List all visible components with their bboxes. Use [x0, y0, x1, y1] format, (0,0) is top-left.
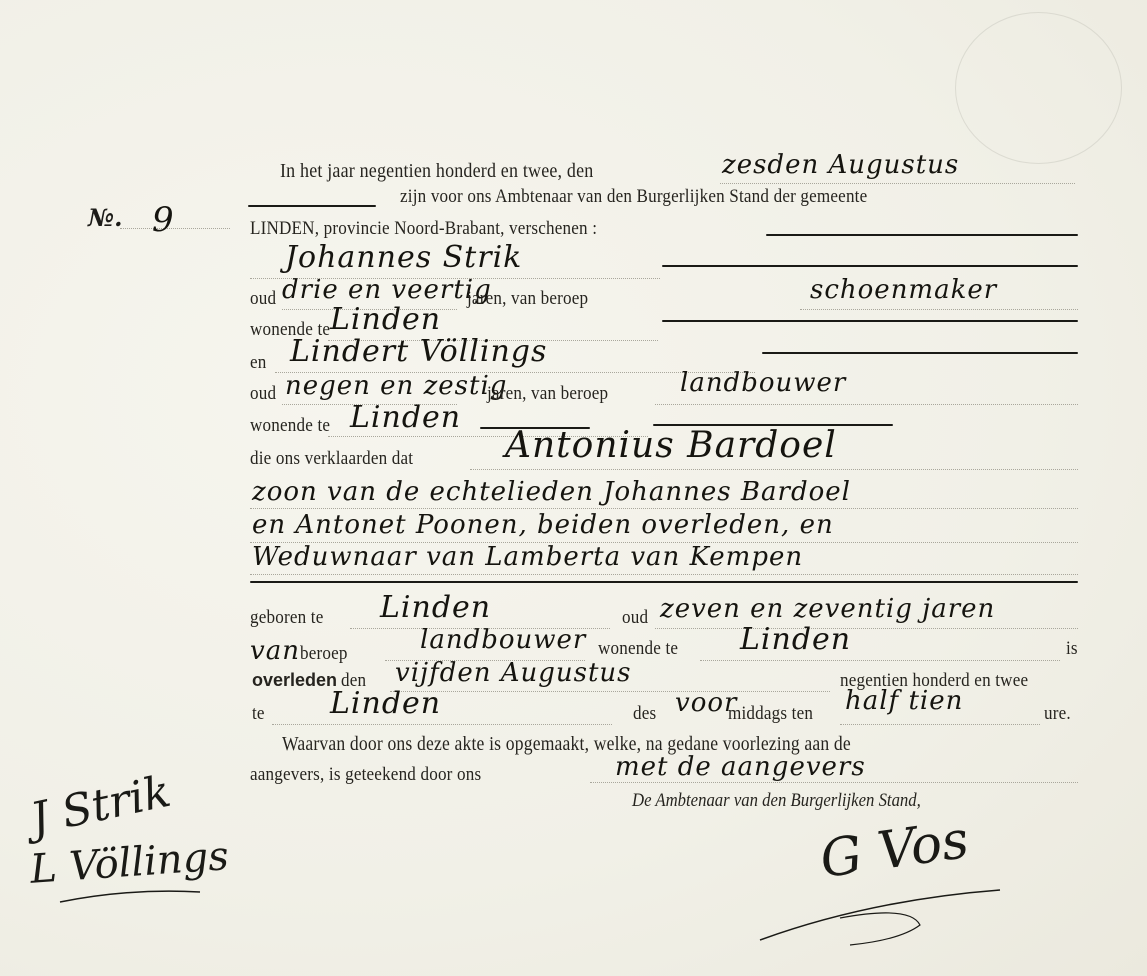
declarant2-profession-label: jaren, van beroep [487, 383, 622, 405]
label: is [1066, 638, 1078, 660]
dotted-line [250, 508, 1078, 509]
declarant2-profession: landbouwer [680, 368, 846, 398]
dotted-line [800, 309, 1078, 310]
ure-label: ure. [1044, 703, 1074, 725]
label: wonende te [598, 638, 678, 660]
label: ure. [1044, 703, 1071, 725]
label: jaren, van beroep [487, 383, 608, 405]
registration-date: zesden Augustus [722, 150, 959, 180]
declarant2-age-label: oud [250, 383, 279, 405]
overleden-label: overleden [252, 670, 337, 690]
signature-declarant1: J Strik [26, 766, 175, 845]
deceased-profession-prefix: vanberoep [250, 636, 353, 666]
label: geboren te [250, 607, 323, 629]
label: die ons verklaarden dat [250, 448, 413, 470]
death-place: Linden [330, 686, 441, 721]
label: beroep [300, 643, 348, 665]
dotted-line [590, 782, 1078, 783]
rule [766, 234, 1078, 236]
des-label: des [633, 703, 659, 725]
deceased-residence-label: wonende te [598, 638, 687, 660]
declaration-line2: zoon van de echtelieden Johannes Bardoel [252, 477, 851, 507]
declarant1-profession-label: jaren, van beroep [467, 288, 602, 310]
signed-with: met de aangevers [615, 752, 866, 782]
signature-officer: G Vos [817, 810, 973, 890]
dotted-line [655, 628, 1078, 629]
label: wonende te [250, 415, 330, 437]
dotted-line [250, 574, 1078, 575]
certificate-page: №. 9 In het jaar negentien honderd en tw… [0, 0, 1147, 976]
declaration-line4: Weduwnaar van Lamberta van Kempen [252, 542, 803, 572]
death-time: half tien [845, 686, 963, 716]
declarant2-connector: en [250, 352, 268, 374]
declaration-label: die ons verklaarden dat [250, 448, 431, 470]
officer-signature-flourish [750, 880, 1010, 950]
officer-title: De Ambtenaar van den Burgerlijken Stand, [632, 790, 960, 812]
deceased-residence: Linden [740, 622, 851, 657]
label: De Ambtenaar van den Burgerlijken Stand, [632, 790, 921, 812]
declarant1-profession: schoenmaker [810, 275, 997, 305]
death-date: vijfden Augustus [395, 658, 632, 688]
rule [662, 320, 1078, 322]
dotted-line [120, 228, 230, 229]
record-number: 9 [152, 200, 175, 240]
rule [662, 265, 1078, 267]
birthplace-label: geboren te [250, 607, 332, 629]
dotted-line [272, 724, 612, 725]
preamble-line2: zijn voor ons Ambtenaar van den Burgerli… [400, 186, 919, 208]
declarant2-age: negen en zestig [285, 371, 507, 401]
deceased-age: zeven en zeventig jaren [660, 594, 995, 624]
dotted-line [720, 183, 1075, 184]
preamble-line3: LINDEN, provincie Noord-Brabant, versche… [250, 218, 636, 240]
deceased-birthplace: Linden [380, 590, 491, 625]
handwritten-van: van [250, 636, 300, 666]
rule [250, 581, 1078, 583]
label: te [252, 703, 265, 725]
label: des [633, 703, 656, 725]
declarant1-age: drie en veertig [282, 275, 492, 305]
dotted-line [840, 724, 1040, 725]
declaration-line3: en Antonet Poonen, beiden overleden, en [252, 510, 834, 540]
is-label: is [1066, 638, 1079, 660]
rule [248, 205, 376, 207]
label: jaren, van beroep [467, 288, 588, 310]
deceased-age-label: oud [622, 607, 651, 629]
record-number-label: №. [88, 203, 122, 232]
declarant1-name: Johannes Strik [285, 240, 522, 275]
label: oud [250, 288, 276, 310]
dotted-line [655, 404, 1078, 405]
declarant1-age-label: oud [250, 288, 279, 310]
declarant1-residence: Linden [330, 302, 441, 337]
dotted-line [700, 660, 1060, 661]
preamble-line1: In het jaar negentien honderd en twee, d… [280, 160, 628, 183]
deceased-profession: landbouwer [420, 625, 586, 655]
middag-label: middags ten [728, 703, 823, 725]
death-place-label: te [252, 703, 266, 725]
preamble-line3-text: LINDEN, provincie Noord-Brabant, versche… [250, 218, 597, 240]
preamble-line2-text: zijn voor ons Ambtenaar van den Burgerli… [400, 186, 867, 208]
preamble-line1-prefix: In het jaar negentien honderd en twee, d… [280, 160, 593, 183]
rule [762, 352, 1078, 354]
dotted-line [390, 691, 830, 692]
embossed-seal [955, 12, 1122, 164]
declarant2-residence-label: wonende te [250, 415, 339, 437]
label: oud [250, 383, 276, 405]
label: en [250, 352, 267, 374]
closing-line2: aangevers, is geteekend door ons [250, 764, 507, 786]
label: middags ten [728, 703, 813, 725]
signature-flourish [20, 880, 220, 920]
deceased-name: Antonius Bardoel [505, 425, 837, 466]
dotted-line [470, 469, 1078, 470]
declarant2-residence: Linden [350, 400, 461, 435]
label: oud [622, 607, 648, 629]
declarant2-name: Lindert Völlings [290, 334, 547, 369]
label: aangevers, is geteekend door ons [250, 764, 481, 786]
